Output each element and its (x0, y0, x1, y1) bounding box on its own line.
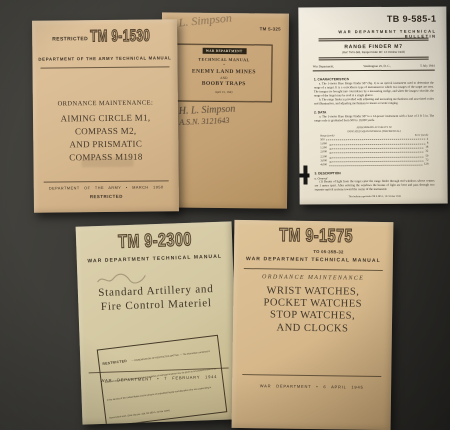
secondary-number: TO 05-35B-32 (264, 248, 393, 255)
divider (40, 66, 169, 68)
bulletin-body: 1. CHARACTERISTICS a. The 1-meter Base R… (314, 73, 435, 201)
ornament: * (176, 62, 271, 67)
divider (44, 180, 169, 182)
manual-tm9-1575: TM 9-1575 TO 05-35B-32 WAR DEPARTMENT TE… (232, 220, 394, 430)
org-line: WAR DEPARTMENT TECHNICAL MANUAL (234, 256, 393, 264)
subject-line: ORDNANCE MAINTENANCE (234, 274, 393, 282)
manual-type: TECHNICAL MANUAL (177, 56, 272, 62)
handwritten-owner-name: H. L. Simpson A.S.N. 3121643 (179, 104, 237, 127)
dateline-mid: Washington 25, D. C., (363, 64, 391, 68)
date-line: April 15, 1943 (176, 89, 271, 94)
manual-number: TM 9-1575 (279, 225, 353, 248)
manual-tm5-325: H. L. Simpson TM 5-325 WAR DEPARTMENT TE… (160, 12, 289, 208)
error-value: 128 (424, 163, 428, 167)
manual-number: TM 9-1530 (90, 27, 150, 46)
title-line: AND CLOCKS (233, 321, 392, 335)
title-line: ENEMY LAND MINES (176, 68, 271, 75)
dateline: War Department, Washington 25, D. C., 5 … (313, 64, 435, 72)
faint-stamp (81, 158, 133, 168)
manual-number: TM 5-325 (260, 26, 281, 31)
section-heading: 3. DESCRIPTION (314, 171, 434, 176)
title-reference: (Ref: TM 9-585, Range Finder M7, 13 Octo… (319, 50, 429, 58)
binder-fastener (298, 173, 309, 177)
org-line: DEPARTMENT OF THE ARMY TECHNICAL MANUAL (32, 55, 177, 62)
manual-title: AIMING CIRCLE M1, COMPASS M2, AND PRISMA… (33, 111, 179, 165)
publisher-date-line: WAR DEPARTMENT • 6 APRIL 1945 (232, 383, 391, 390)
bulletin-number: TB 9-585-1 (387, 14, 437, 24)
divider (242, 374, 381, 377)
owner-serial: A.S.N. 3121643 (179, 116, 236, 127)
subject-line: ORDNANCE MAINTENANCE: (33, 99, 178, 108)
title-box: RANGE FINDER M7 (Ref: TM 9-585, Range Fi… (319, 38, 429, 61)
paragraph: b. The range finder is provided with adj… (314, 98, 434, 107)
restricted-label: RESTRICTED (102, 359, 127, 366)
manual-title: Standard Artillery and Fire Control Mate… (78, 281, 235, 314)
manual-title: WRIST WATCHES, POCKET WATCHES STOP WATCH… (233, 285, 393, 336)
manual-tm9-2300: TM 9-2300 WAR DEPARTMENT TECHNICAL MANUA… (76, 221, 239, 424)
table-caption: APPROXIMATE ACCURACY AT INDICATED MEAN I… (314, 126, 434, 133)
org-line: WAR DEPARTMENT TECHNICAL MANUAL (77, 253, 233, 264)
divider (244, 268, 383, 271)
range-value: 4,000 (320, 164, 327, 168)
title-line: BOOBY TRAPS (176, 80, 271, 87)
paragraph: a. The 1-meter Base Range Finder M7 is a… (314, 115, 434, 124)
manual-tm9-1530: RESTRICTED TM 9-1530 DEPARTMENT OF THE A… (32, 19, 179, 213)
restricted-label-bottom: RESTRICTED (34, 193, 179, 200)
title-box: WAR DEPARTMENT TECHNICAL MANUAL * ENEMY … (175, 43, 273, 102)
dot-leader (329, 165, 422, 167)
dateline-left: War Department, (313, 64, 334, 68)
paragraph: (1) Beams of light from the target enter… (315, 180, 435, 193)
restricted-label-top: RESTRICTED (52, 36, 88, 42)
publisher-date-line: DEPARTMENT OF THE ARMY • MARCH 1950 (34, 185, 179, 191)
bulletin-tb9-585-1: TB 9-585-1 WAR DEPARTMENT TECHNICAL BULL… (298, 6, 447, 204)
war-department-banner: WAR DEPARTMENT (202, 48, 246, 54)
photo-of-military-manuals: RESTRICTED TM 9-1530 DEPARTMENT OF THE A… (0, 0, 450, 430)
footnote: This bulletin supersedes TB 9-585-1, 13 … (315, 195, 435, 199)
dateline-right: 5 July 1944 (420, 64, 434, 68)
manual-number: TM 9-2300 (118, 229, 192, 254)
table-row: 4,000128 (320, 163, 428, 168)
